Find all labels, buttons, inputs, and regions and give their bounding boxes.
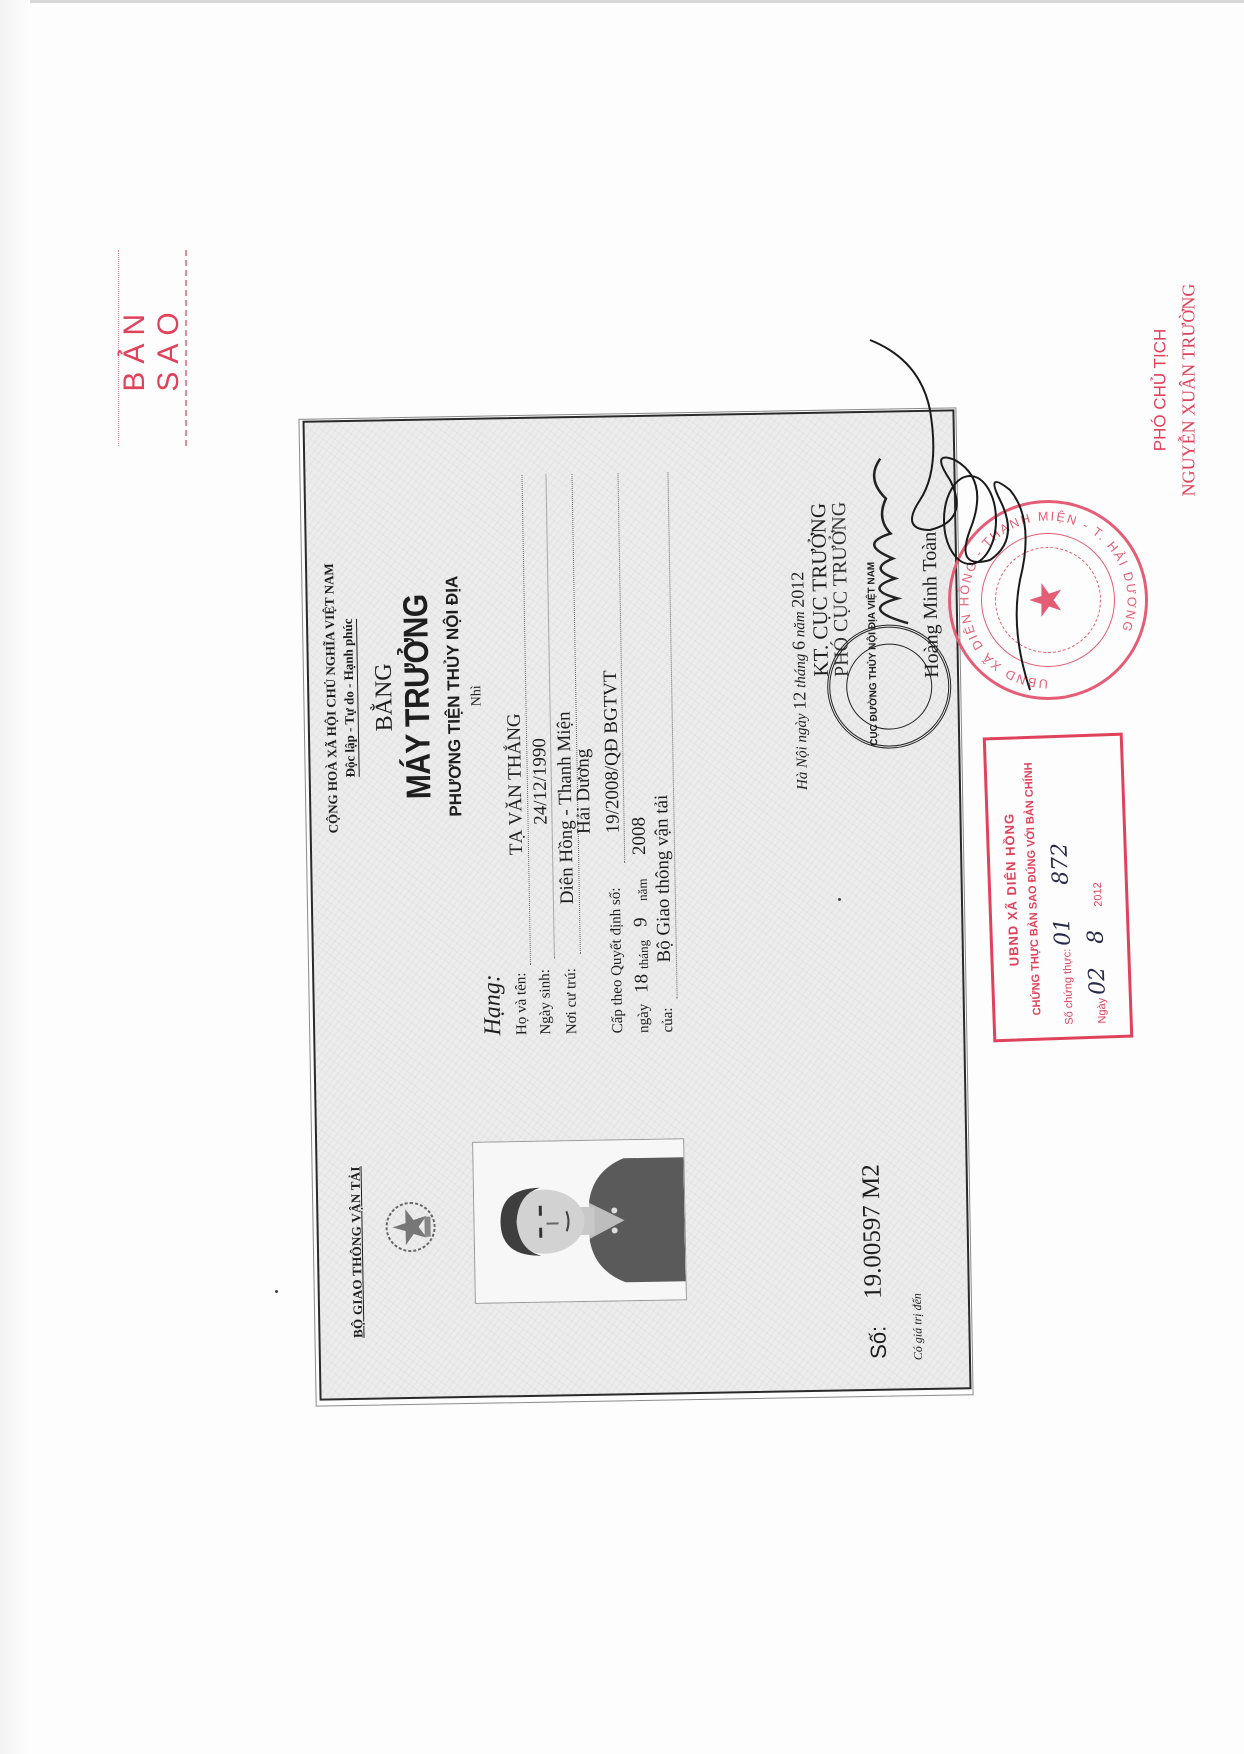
stamp-date-day: 02: [1085, 966, 1111, 995]
holder-dob: 24/12/1990: [529, 738, 553, 825]
copy-stamp-label: BẢN SAO: [118, 304, 186, 391]
issue-year: 2012: [787, 572, 808, 608]
document-title: MÁY TRƯỞNG: [394, 426, 443, 967]
stamp-date-row: Ngày 02 8 2012: [1077, 741, 1112, 1032]
issue-month: 6: [788, 641, 808, 650]
residence-label: Nơi cư trú:: [563, 968, 580, 1034]
stamp-date-month: 8: [1083, 929, 1108, 944]
stamp-statement: CHỨNG THỰC BẢN SAO ĐÚNG VỚI BẢN CHÍNH: [1022, 743, 1044, 1033]
name-label: Họ và tên:: [513, 972, 530, 1035]
motto-text: Độc lập - Tự do - Hạnh phúc: [340, 618, 360, 777]
issue-day: 12: [789, 692, 809, 710]
issuer-label: của:: [660, 1007, 676, 1032]
issue-day-label: ngày: [794, 713, 811, 742]
page-left-shade: [0, 0, 30, 1754]
document-subtitle: PHƯƠNG TIỆN THỦY NỘI ĐỊA: [440, 426, 469, 966]
decision-number: 19/2008/QĐ BGTVT: [600, 670, 625, 833]
certification-stamp-content: UBND XÃ DIÊN HỒNG CHỨNG THỰC BẢN SAO ĐÚN…: [993, 740, 1123, 1034]
certifier-name: NGUYỄN XUÂN TRƯỜNG: [1179, 284, 1200, 497]
certifier-block: PHÓ CHỦ TỊCH NGUYỄN XUÂN TRƯỜNG: [1151, 284, 1200, 497]
decision-day: 18: [631, 974, 653, 993]
row-issuer: của: Bộ Giao thông vận tải: [649, 472, 689, 1032]
certification-stamp: UBND XÃ DIÊN HỒNG CHỨNG THỰC BẢN SAO ĐÚN…: [983, 733, 1134, 1043]
residence-line2: Hải Dương: [572, 748, 595, 834]
issue-month-label: tháng: [793, 654, 810, 688]
holder-name: TẠ VĂN THẮNG: [504, 713, 528, 855]
scan-speck: [275, 1290, 278, 1293]
stamp-authority: UBND XÃ DIÊN HỒNG: [999, 744, 1024, 1034]
issue-year-label: năm: [792, 611, 808, 637]
stamp-book-value: 01: [1050, 917, 1076, 946]
national-emblem-icon: [380, 1196, 441, 1257]
portrait-image: [473, 1139, 686, 1303]
rank-label: Hạng:: [479, 974, 507, 1036]
decision-month-label: tháng: [636, 940, 653, 969]
decision-label: Cấp theo Quyết định số:: [608, 887, 627, 1033]
rank-value: Nhì: [465, 426, 490, 966]
decision-day-label: ngày: [636, 1004, 653, 1033]
page-top-edge: [0, 0, 1244, 3]
decision-month: 9: [630, 917, 652, 927]
stamp-book-label: Số chứng thực:: [1061, 948, 1076, 1024]
certifier-signature-icon: [860, 330, 1110, 710]
decision-year-label: năm: [635, 878, 651, 901]
decision-year: 2008: [628, 817, 651, 855]
serial-number: 19.00597 M2: [858, 1164, 888, 1299]
copy-stamp: BẢN SAO: [118, 250, 187, 446]
issue-place: Hà Nội: [794, 746, 811, 790]
scan-speck: [838, 898, 841, 901]
ministry-name: BỘ GIAO THÔNG VẬN TẢI: [348, 1166, 367, 1338]
dob-label: Ngày sinh:: [537, 969, 554, 1035]
stamp-date-year: 2012: [1092, 882, 1105, 907]
holder-photo: [472, 1138, 687, 1304]
serial-label: Số:: [865, 1326, 892, 1359]
certifier-title: PHÓ CHỦ TỊCH: [1151, 284, 1171, 497]
issuer: Bộ Giao thông vận tải: [651, 795, 676, 963]
stamp-date-label: Ngày: [1096, 997, 1109, 1023]
stamp-book-row: Số chứng thực: 01 872: [1044, 742, 1079, 1033]
stamp-number-value: 872: [1047, 842, 1073, 885]
valid-until-label: Có giá trị đến: [910, 1293, 926, 1360]
